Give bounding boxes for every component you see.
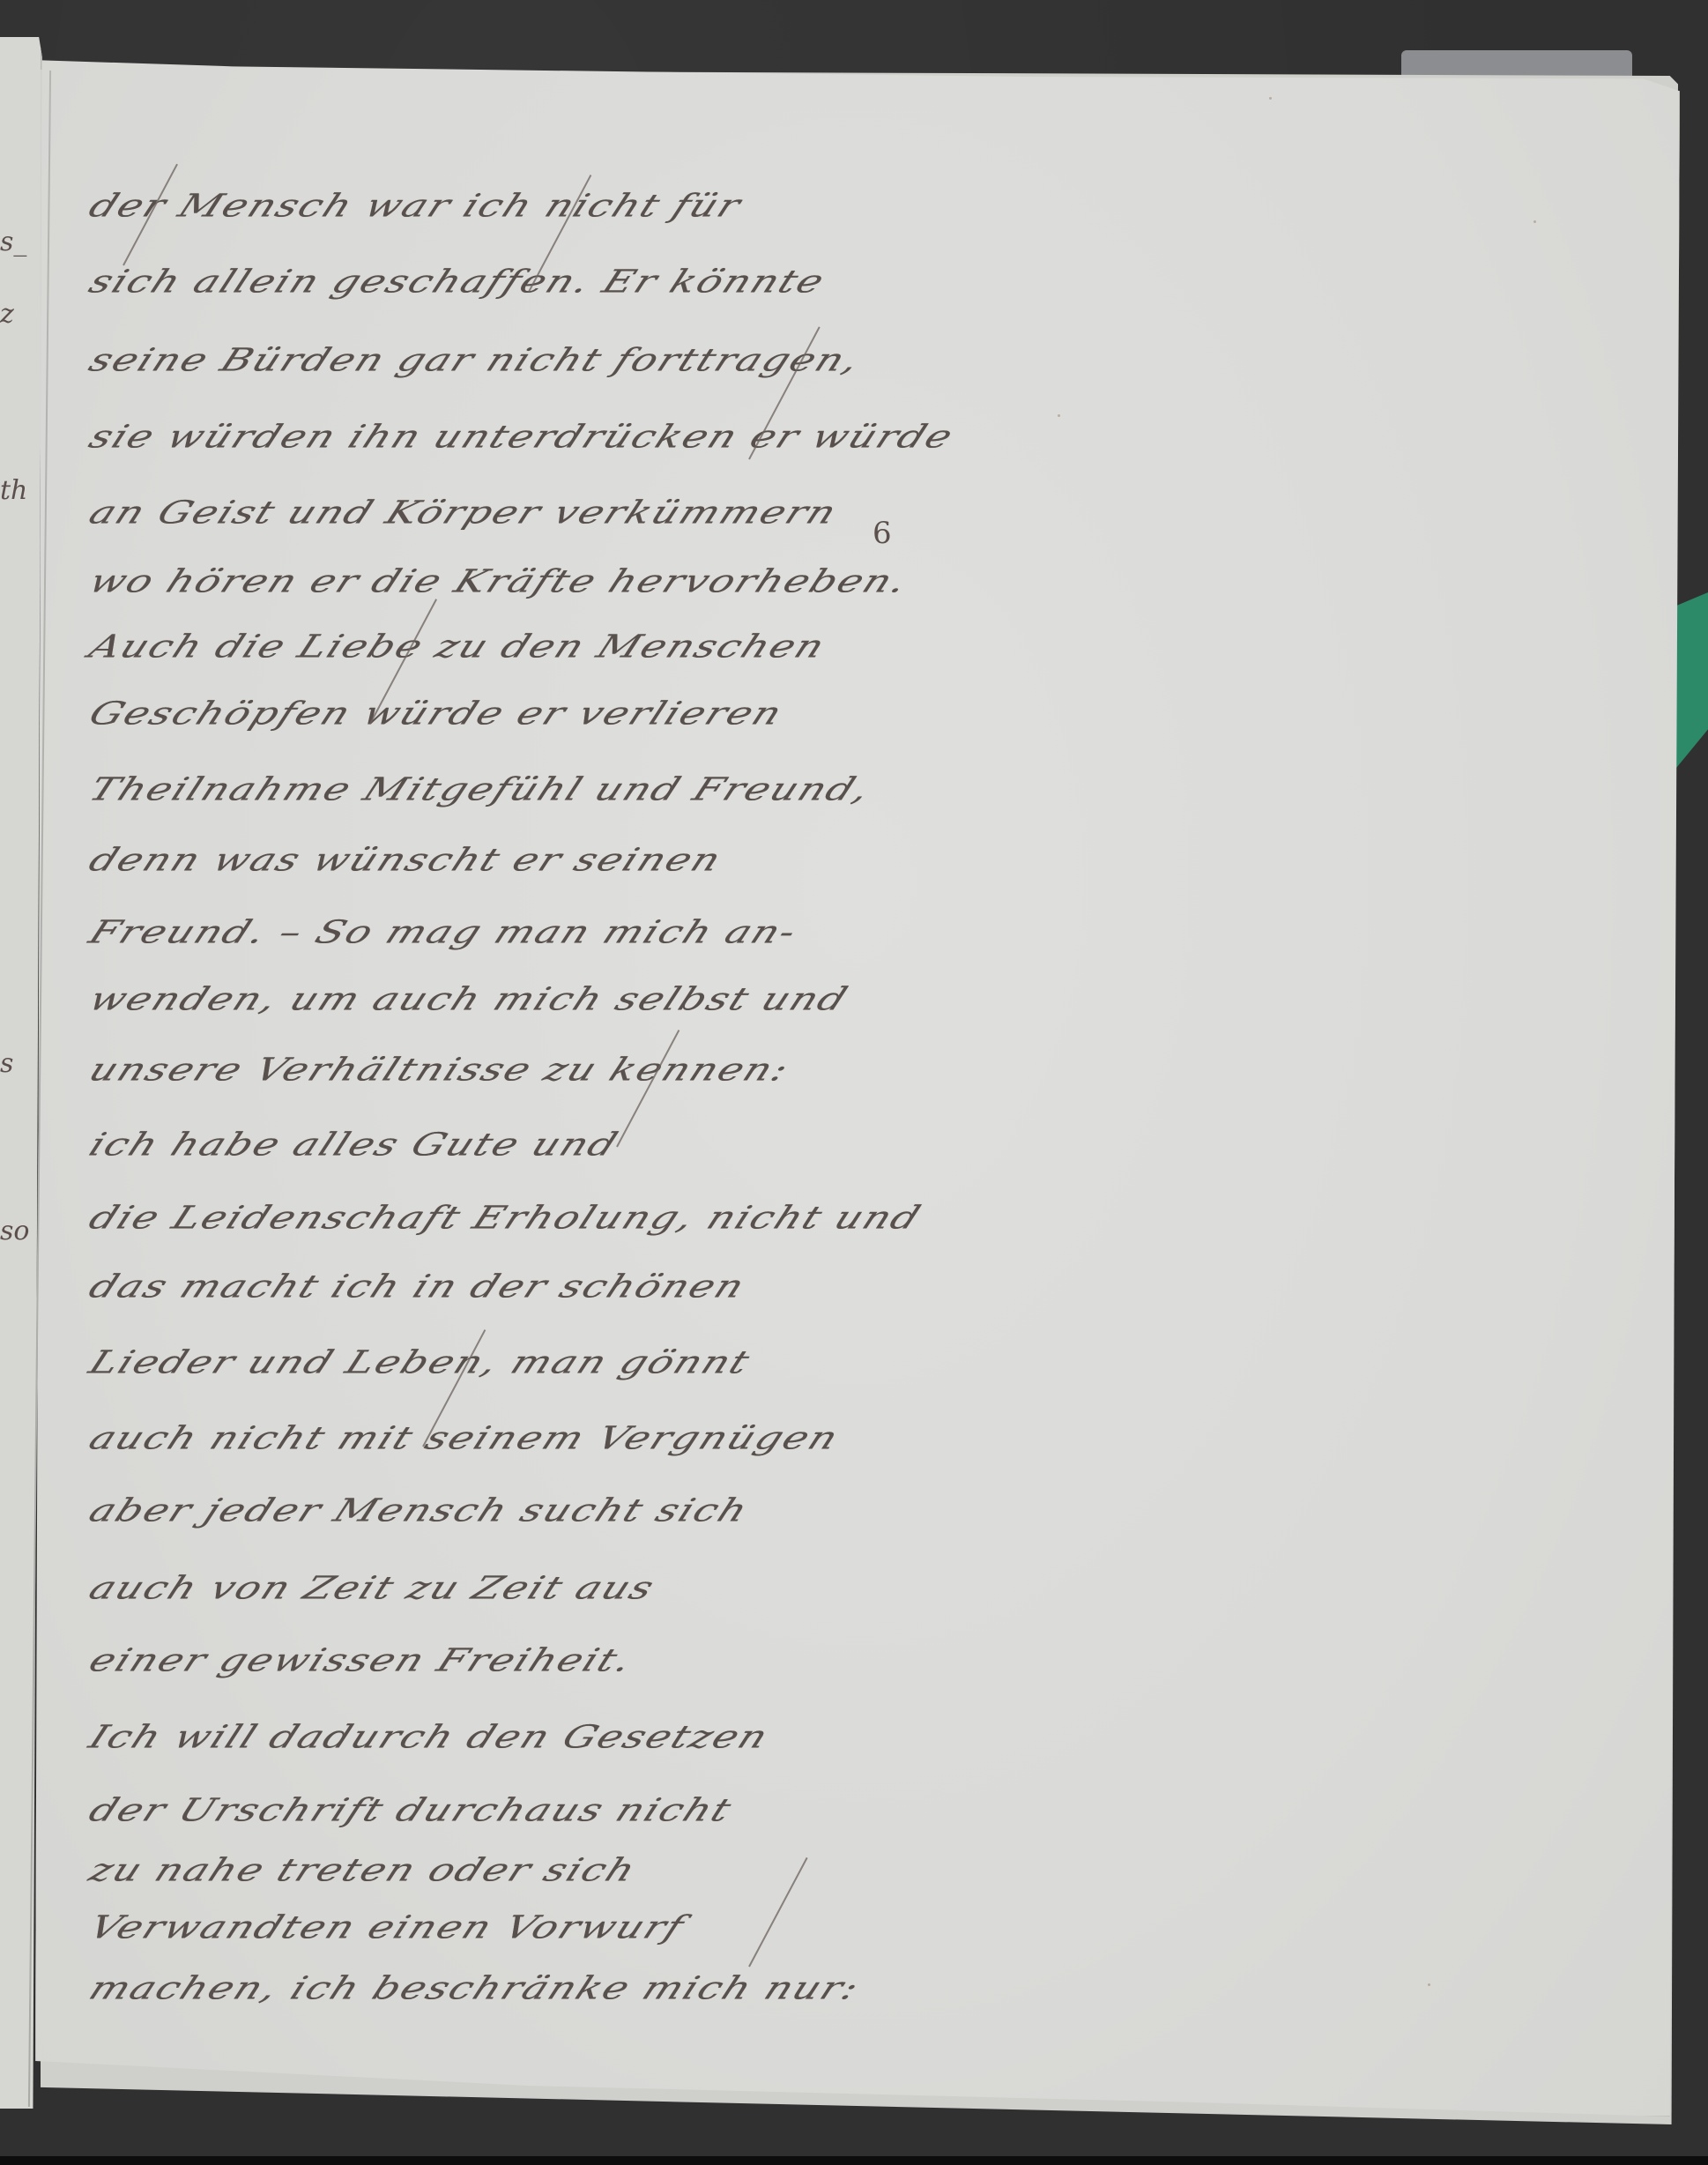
handwritten-line: Theilnahme Mitgefühl und Freund,: [84, 770, 877, 807]
previous-page-fragment: z: [0, 301, 14, 328]
handwritten-line: Lieder und Leben, man gönnt: [84, 1343, 757, 1380]
paper-speck: [1533, 220, 1536, 223]
previous-page-fragment: so: [0, 1218, 29, 1245]
previous-page-fragment: th: [0, 478, 27, 504]
handwritten-line: das macht ich in der schönen: [84, 1268, 752, 1305]
handwritten-line: zu nahe treten oder sich: [84, 1851, 642, 1888]
handwritten-line: unsere Verhältnisse zu kennen:: [84, 1051, 796, 1088]
handwritten-line: einer gewissen Freiheit.: [84, 1641, 639, 1678]
handwritten-line: auch nicht mit seinem Vergnügen: [84, 1419, 845, 1456]
handwritten-line: sie würden ihn unterdrücken er würde: [84, 418, 960, 455]
handwritten-line: ich habe alles Gute und: [84, 1126, 625, 1163]
handwritten-line: Geschöpfen würde er verlieren: [84, 695, 789, 732]
handwritten-line: auch von Zeit zu Zeit aus: [84, 1569, 661, 1606]
handwritten-line: an Geist und Körper verkümmern: [84, 494, 843, 531]
handwritten-line: aber jeder Mensch sucht sich: [84, 1492, 755, 1529]
handwritten-line: Verwandten einen Vorwurf: [84, 1908, 691, 1946]
handwritten-line: Auch die Liebe zu den Menschen: [84, 628, 832, 665]
scanner-bottom-edge: [0, 2156, 1708, 2165]
handwritten-line: seine Bürden gar nicht forttragen,: [84, 341, 867, 378]
handwritten-line: Freund. – So mag man mich an-: [84, 913, 804, 950]
previous-page-fragment: s: [0, 1051, 13, 1077]
handwritten-line: sich allein geschaffen. Er könnte: [84, 263, 831, 300]
handwritten-line: die Leidenschaft Erholung, nicht und: [84, 1199, 927, 1236]
previous-page-fragment: s_: [0, 229, 26, 256]
handwritten-line: Ich will dadurch den Gesetzen: [84, 1718, 776, 1755]
handwritten-line: wo hören er die Kräfte hervorheben.: [84, 562, 915, 599]
gray-page-tab: [1401, 50, 1632, 77]
handwritten-line: wenden, um auch mich selbst und: [84, 980, 854, 1017]
handwritten-line: denn was wünscht er seinen: [84, 841, 728, 878]
handwritten-line: der Urschrift durchaus nicht: [84, 1791, 739, 1828]
paper-speck: [1058, 414, 1060, 417]
paper-speck: [1428, 1983, 1430, 1986]
handwritten-line: der Mensch war ich nicht für: [84, 187, 747, 224]
paper-speck: [1269, 97, 1272, 100]
footnote-marker: 6: [873, 516, 892, 551]
handwritten-line: machen, ich beschränke mich nur:: [84, 1969, 866, 2006]
